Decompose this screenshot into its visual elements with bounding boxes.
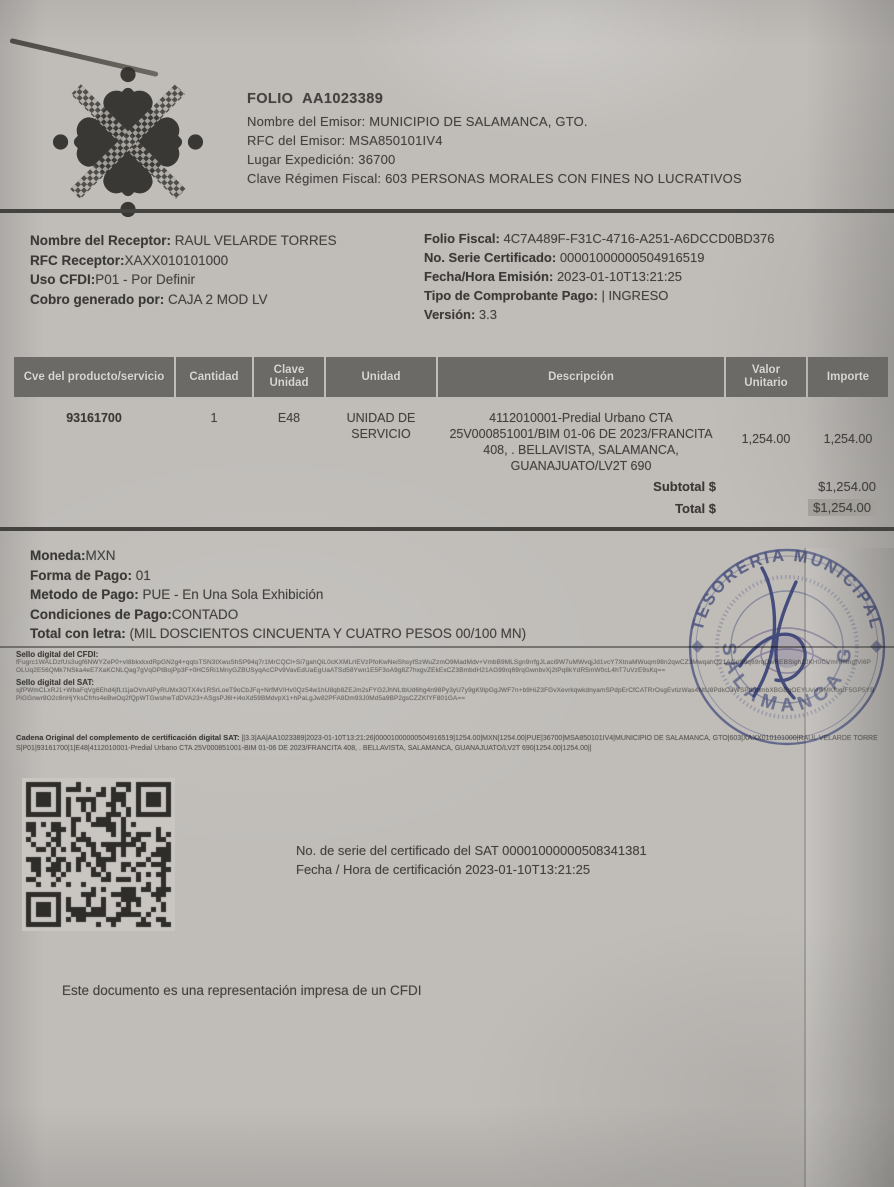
fiscal-block: Folio Fiscal: 4C7A489F-F31C-4716-A251-A6… xyxy=(424,229,774,324)
col-header-unidad: Unidad xyxy=(326,357,436,397)
uso-cfdi-line: Uso CFDI:P01 - Por Definir xyxy=(30,270,337,290)
col-header-valor-unitario: Valor Unitario xyxy=(726,357,806,397)
receptor-nombre-line: Nombre del Receptor: RAUL VELARDE TORRES xyxy=(30,231,337,251)
lugar-expedicion-line: Lugar Expedición: 36700 xyxy=(247,150,742,169)
receptor-block: Nombre del Receptor: RAUL VELARDE TORRES… xyxy=(30,231,337,309)
forma-pago-line: Forma de Pago: 01 xyxy=(30,566,526,586)
divider-mid xyxy=(0,527,894,531)
table-row: 93161700 1 E48 UNIDAD DE SERVICIO 411201… xyxy=(14,402,876,476)
folio-value: AA1023389 xyxy=(302,91,383,107)
cobro-line: Cobro generado por: CAJA 2 MOD LV xyxy=(30,290,337,310)
col-header-cantidad: Cantidad xyxy=(176,357,252,397)
fecha-certificacion-line: Fecha / Hora de certificación 2023-01-10… xyxy=(296,860,647,879)
col-header-clave-unidad: Clave Unidad xyxy=(254,357,324,397)
footer-note: Este documento es una representación imp… xyxy=(62,983,421,998)
row-cve: 93161700 xyxy=(14,402,174,476)
metodo-pago-line: Metodo de Pago: PUE - En Una Sola Exhibi… xyxy=(30,585,526,605)
col-header-descripcion: Descripción xyxy=(438,357,724,397)
regimen-fiscal-line: Clave Régimen Fiscal: 603 PERSONAS MORAL… xyxy=(247,169,742,188)
total-value: $1,254.00 xyxy=(756,500,876,515)
salamanca-municipal-logo-icon xyxy=(52,66,204,218)
items-table-header: Cve del producto/servicio Cantidad Clave… xyxy=(14,357,876,397)
folio-label: FOLIO xyxy=(247,91,293,107)
divider-top xyxy=(0,209,894,213)
moneda-line: Moneda:MXN xyxy=(30,546,526,566)
paper-fold-shade xyxy=(806,548,894,1187)
total-con-letra-line: Total con letra: (MIL DOSCIENTOS CINCUEN… xyxy=(30,624,526,644)
fecha-emision-line: Fecha/Hora Emisión: 2023-01-10T13:21:25 xyxy=(424,267,774,286)
cadena-original-label: Cadena Original del complemento de certi… xyxy=(16,733,240,742)
row-clave-unidad: E48 xyxy=(254,402,324,476)
row-descripcion: 4112010001-Predial Urbano CTA 25V0008510… xyxy=(438,402,724,476)
folio-line: FOLIO AA1023389 xyxy=(247,90,742,109)
payment-block: Moneda:MXN Forma de Pago: 01 Metodo de P… xyxy=(30,546,526,644)
subtotal-label: Subtotal $ xyxy=(560,479,716,494)
cfdi-document: FOLIO AA1023389 Nombre del Emisor: MUNIC… xyxy=(0,0,894,1187)
row-cantidad: 1 xyxy=(176,402,252,476)
row-valor-unitario: 1,254.00 xyxy=(726,402,806,476)
row-unidad: UNIDAD DE SERVICIO xyxy=(326,402,436,476)
subtotal-value: $1,254.00 xyxy=(756,479,876,494)
emisor-nombre-line: Nombre del Emisor: MUNICIPIO DE SALAMANC… xyxy=(247,112,742,131)
serie-certificado-line: No. Serie Certificado: 00001000000504916… xyxy=(424,248,774,267)
tipo-comprobante-line: Tipo de Comprobante Pago: | INGRESO xyxy=(424,286,774,305)
col-header-importe: Importe xyxy=(808,357,888,397)
folio-fiscal-line: Folio Fiscal: 4C7A489F-F31C-4716-A251-A6… xyxy=(424,229,774,248)
version-line: Versión: 3.3 xyxy=(424,305,774,324)
qr-code xyxy=(22,778,175,931)
condiciones-pago-line: Condiciones de Pago:CONTADO xyxy=(30,605,526,625)
emisor-rfc-line: RFC del Emisor: MSA850101IV4 xyxy=(247,131,742,150)
total-label: Total $ xyxy=(560,501,716,516)
col-header-cve: Cve del producto/servicio xyxy=(14,357,174,397)
receptor-rfc-line: RFC Receptor:XAXX010101000 xyxy=(30,251,337,271)
serie-certificado-sat-line: No. de serie del certificado del SAT 000… xyxy=(296,841,647,860)
row-importe: 1,254.00 xyxy=(808,402,888,476)
certificado-block: No. de serie del certificado del SAT 000… xyxy=(296,841,647,879)
emisor-header: FOLIO AA1023389 Nombre del Emisor: MUNIC… xyxy=(247,90,742,188)
